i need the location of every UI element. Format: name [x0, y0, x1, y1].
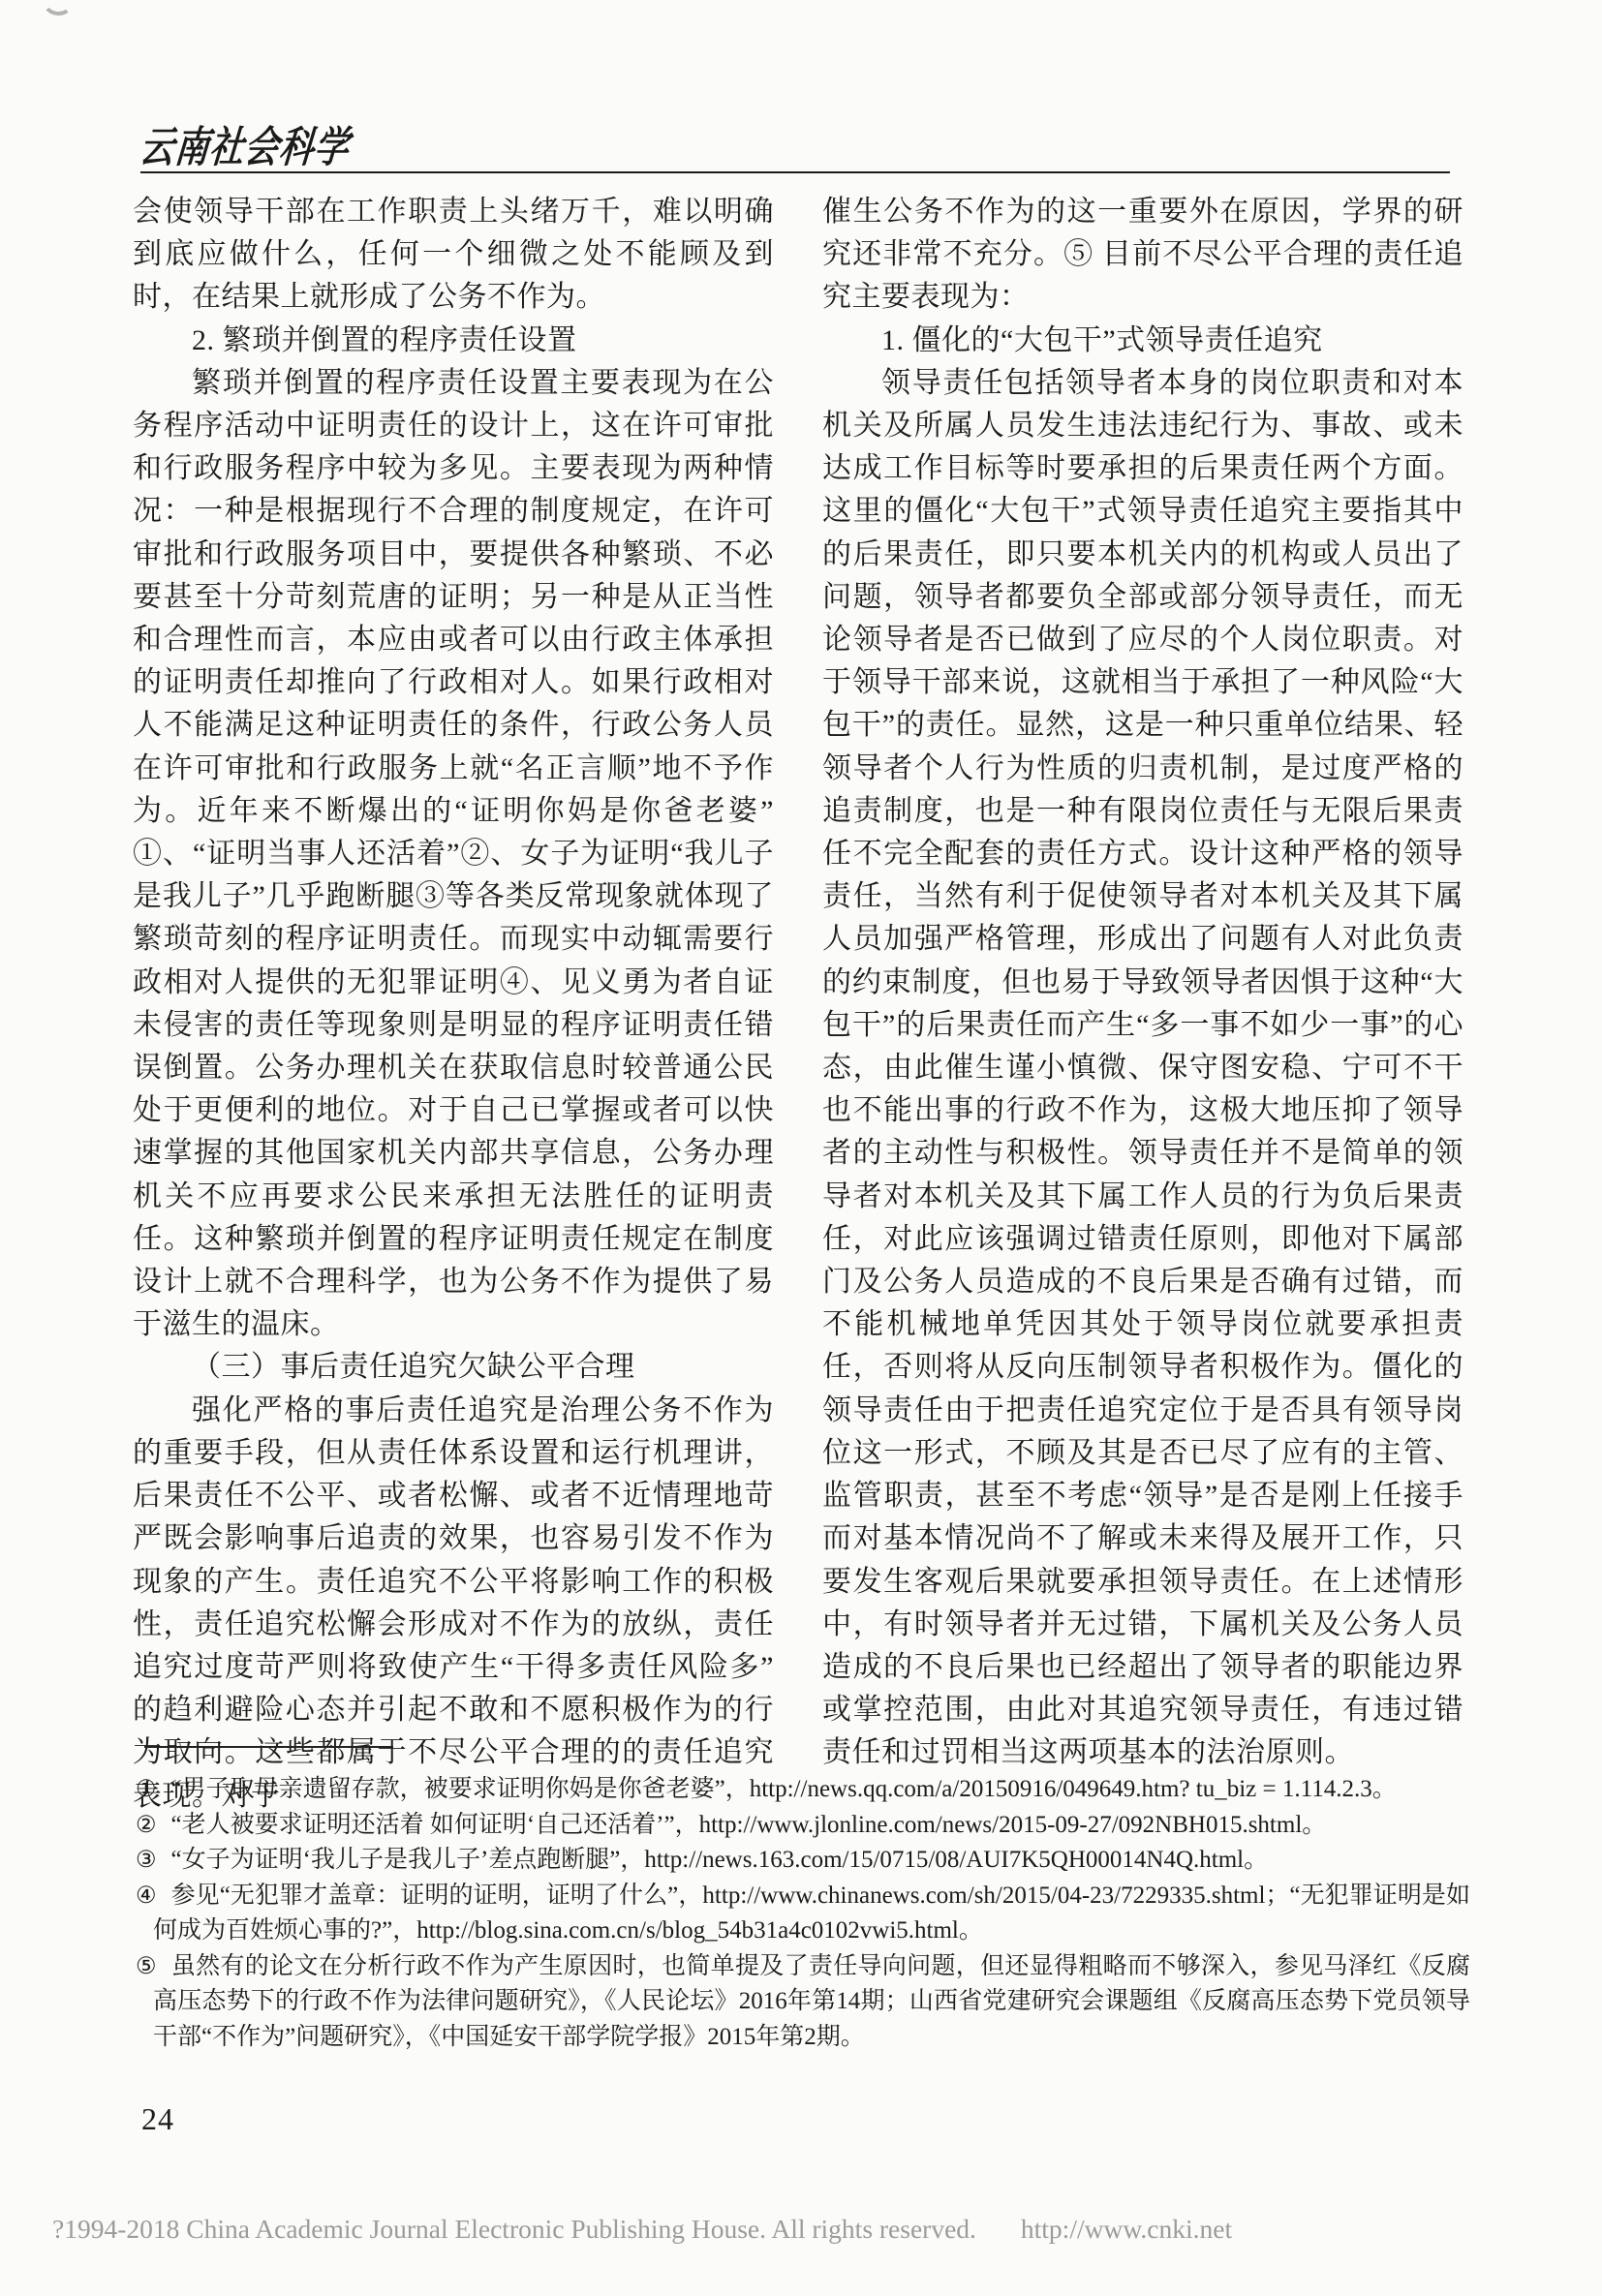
footnote: ①“男子取母亲遗留存款，被要求证明你妈是你爸老婆”，http://news.qq… [136, 1772, 1470, 1808]
footnote: ⑤虽然有的论文在分析行政不作为产生原因时，也简单提及了责任导向问题，但还显得粗略… [136, 1949, 1470, 2056]
paragraph: 强化严格的事后责任追究是治理公务不作为的重要手段，但从责任体系设置和运行机理讲，… [133, 1390, 774, 1818]
footnote-text: 虽然有的论文在分析行政不作为产生原因时，也简单提及了责任导向问题，但还显得粗略而… [153, 1953, 1470, 2050]
paragraph: 繁琐并倒置的程序责任设置主要表现为在公务程序活动中证明责任的设计上，这在许可审批… [133, 362, 774, 1347]
watermark-url: http://www.cnki.net [1021, 2214, 1232, 2245]
footnote-text: 参见“无犯罪才盖章：证明的证明，证明了什么”，http://www.chinan… [153, 1883, 1470, 1944]
header-divider [140, 171, 1450, 173]
left-column: 会使领导干部在工作职责上头绪万千，难以明确到底应做什么，任何一个细微之处不能顾及… [133, 191, 774, 1818]
section-heading-1: 1. 僵化的“大包干”式领导责任追究 [822, 320, 1463, 362]
footnote-marker: ③ [136, 1848, 157, 1873]
section-heading-three: （三）事后责任追究欠缺公平合理 [133, 1346, 774, 1389]
footnote-marker: ⑤ [136, 1954, 157, 1979]
copyright-text: ?1994-2018 China Academic Journal Electr… [52, 2214, 976, 2245]
footnote-marker: ④ [136, 1883, 157, 1909]
paragraph: 领导责任包括领导者本身的岗位职责和对本机关及所属人员发生违法违纪行为、事故、或未… [822, 362, 1463, 1775]
footnote-text: “老人被要求证明还活着 如何证明‘自己还活着’”，http://www.jlon… [171, 1812, 1327, 1838]
scan-artifact [42, 0, 76, 17]
footnote: ③“女子为证明‘我儿子是我儿子’差点跑断腿”，http://news.163.c… [136, 1843, 1470, 1879]
journal-logo: 云南社会科学 [138, 112, 353, 174]
page-number: 24 [141, 2101, 174, 2137]
paragraph-continuation: 会使领导干部在工作职责上头绪万千，难以明确到底应做什么，任何一个细微之处不能顾及… [133, 191, 774, 320]
footnote-text: “女子为证明‘我儿子是我儿子’差点跑断腿”，http://news.163.co… [171, 1847, 1269, 1873]
footnotes: ①“男子取母亲遗留存款，被要求证明你妈是你爸老婆”，http://news.qq… [136, 1772, 1470, 2055]
journal-page: 云南社会科学 会使领导干部在工作职责上头绪万千，难以明确到底应做什么，任何一个细… [0, 0, 1602, 2296]
paragraph-continuation: 催生公务不作为的这一重要外在原因，学界的研究还非常不充分。⑤ 目前不尽公平合理的… [822, 191, 1463, 320]
footnote-divider [144, 1746, 393, 1748]
footnote: ④参见“无犯罪才盖章：证明的证明，证明了什么”，http://www.china… [136, 1879, 1470, 1949]
footnote: ②“老人被要求证明还活着 如何证明‘自己还活着’”，http://www.jlo… [136, 1808, 1470, 1844]
footnote-marker: ② [136, 1813, 157, 1838]
section-heading-2: 2. 繁琐并倒置的程序责任设置 [133, 320, 774, 362]
cnki-watermark: ?1994-2018 China Academic Journal Electr… [52, 2214, 1232, 2245]
footnote-marker: ① [136, 1777, 157, 1802]
footnote-text: “男子取母亲遗留存款，被要求证明你妈是你爸老婆”，http://news.qq.… [171, 1776, 1397, 1802]
right-column: 催生公务不作为的这一重要外在原因，学界的研究还非常不充分。⑤ 目前不尽公平合理的… [822, 191, 1463, 1775]
